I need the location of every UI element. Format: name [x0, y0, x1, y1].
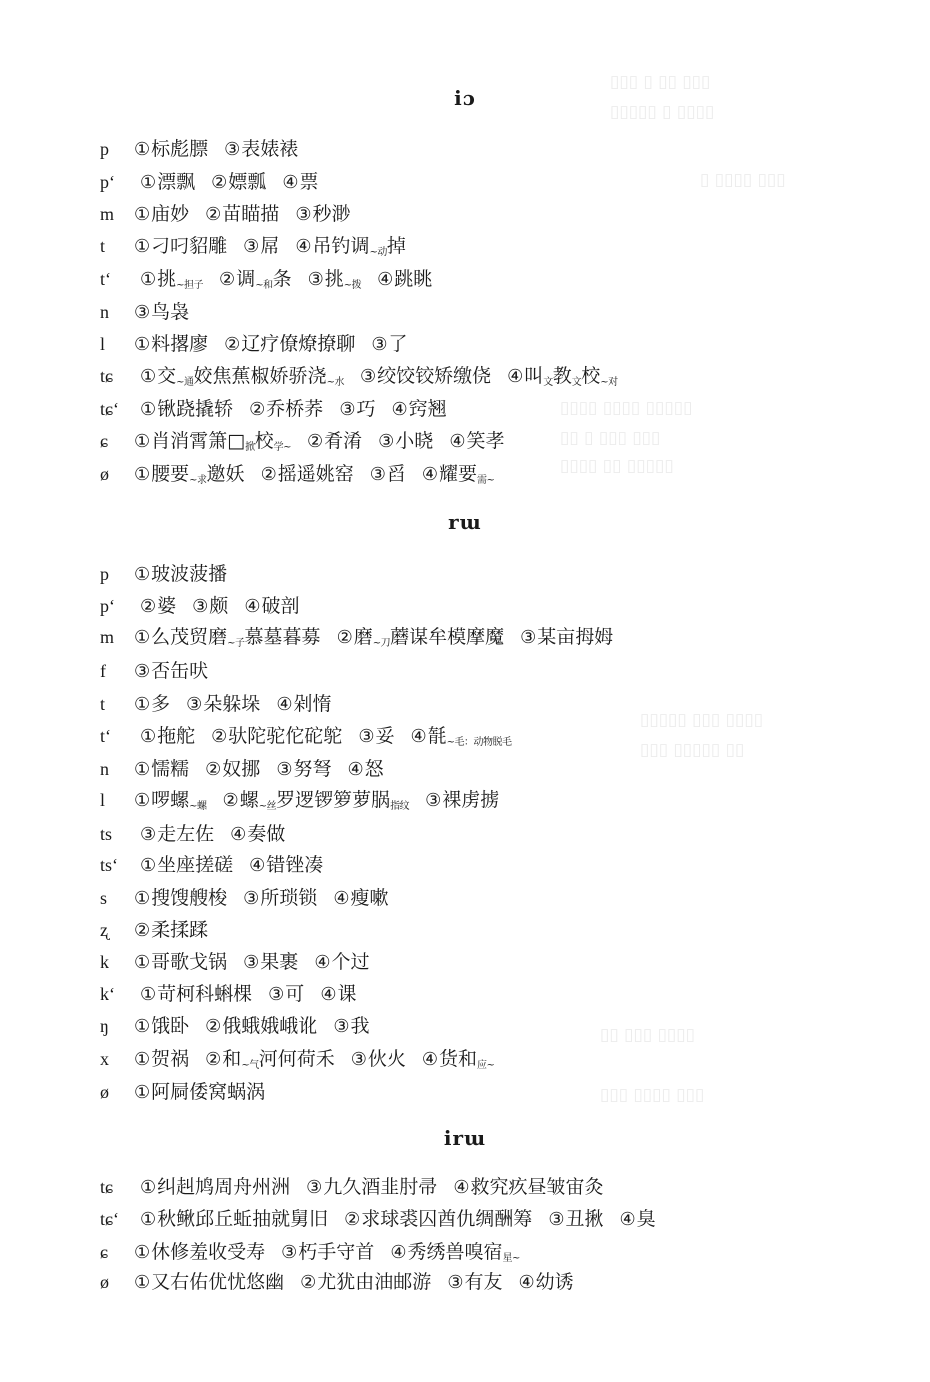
- tone-number: ①: [134, 1242, 150, 1263]
- tone-number: ④: [333, 888, 349, 909]
- tone-group: ②嫖瓢: [211, 168, 266, 197]
- characters: 磨: [354, 626, 373, 648]
- syllable-row: m①么茂贸磨~子慕墓暮募②磨~刀蘑谋牟模摩魔③某亩拇姆: [100, 623, 629, 651]
- tone-number: ③: [520, 627, 536, 648]
- syllable-row: tɕ‘①秋鳅邱丘蚯抽就舅旧②求球裘囚酋仇绸酬筹③丑揪④臭: [100, 1205, 672, 1233]
- tone-group: ③颇: [192, 592, 228, 621]
- tone-group: ①多: [134, 690, 170, 719]
- characters: 舀: [387, 463, 406, 485]
- tone-group: ④救究疚昼皱宙灸: [453, 1173, 603, 1202]
- tone-group: ①料撂廖: [134, 330, 208, 359]
- tone-group: ④错锉凑: [249, 851, 323, 880]
- gloss-annotation: ~拨: [344, 280, 361, 291]
- characters: 课: [337, 983, 356, 1005]
- bleed-through-texture: ▯▯▯▯▯ ▯▯ ▯▯▯▯: [560, 456, 674, 476]
- characters: 慕墓暮募: [245, 626, 321, 648]
- initial-consonant: ø: [100, 1268, 134, 1296]
- tone-group: ②螺~丝罗逻锣箩萝脶指纹: [223, 786, 410, 821]
- syllable-row: ø①腰要~求邀妖②摇遥姚窑③舀④耀要需~: [100, 460, 510, 488]
- characters: 搜馊艘梭: [151, 887, 227, 909]
- tone-number: ③: [358, 726, 374, 747]
- characters: 有友: [464, 1271, 502, 1293]
- tone-group: ④剁惰: [276, 690, 331, 719]
- gloss-annotation: 星~: [502, 1253, 519, 1264]
- characters: 怒: [365, 758, 384, 780]
- initial-consonant: ɕ: [100, 1238, 134, 1266]
- characters: 巧: [356, 398, 375, 420]
- tone-number: ②: [211, 172, 227, 193]
- tone-number: ②: [224, 334, 240, 355]
- gloss-annotation: 文: [543, 377, 553, 388]
- tone-group: ③巧: [339, 395, 375, 424]
- characters: 裸虏掳: [442, 789, 499, 811]
- characters: 拖舵: [157, 725, 195, 747]
- characters: 叫: [524, 365, 543, 387]
- characters: 鸟袅: [151, 301, 189, 323]
- characters: 休修羞收受寿: [151, 1241, 265, 1263]
- bleed-through-texture: ▯▯▯▯ ▯▯▯ ▯▯▯▯▯: [640, 710, 763, 730]
- characters: 九久酒韭肘帚: [323, 1176, 437, 1198]
- tone-group: ③裸虏掳: [425, 786, 499, 815]
- characters: 了: [388, 333, 407, 355]
- characters: 幼诱: [536, 1271, 574, 1293]
- tone-group: ①拖舵: [140, 722, 195, 751]
- tone-group: ①刁叼貂雕: [134, 232, 227, 261]
- syllable-row: n③鸟袅: [100, 298, 205, 326]
- tone-number: ①: [134, 790, 150, 811]
- tone-number: ①: [134, 1082, 150, 1103]
- syllable-row: p‘①漂飘②嫖瓢④票: [100, 168, 334, 196]
- tone-number: ③: [186, 694, 202, 715]
- tone-group: ②和~气河何荷禾: [205, 1045, 335, 1080]
- characters: 果裹: [260, 951, 298, 973]
- gloss-annotation: ~丝: [259, 801, 276, 812]
- tone-group: ③伙火: [351, 1045, 406, 1074]
- tone-number: ②: [223, 790, 239, 811]
- initial-consonant: ø: [100, 460, 134, 488]
- gloss-annotation: ~子: [227, 638, 244, 649]
- tone-group: ①么茂贸磨~子慕墓暮募: [134, 623, 321, 658]
- tone-number: ①: [134, 1049, 150, 1070]
- syllable-row: n①懦糯②奴挪③努弩④怒: [100, 755, 400, 783]
- tone-number: ③: [425, 790, 441, 811]
- initial-consonant: ŋ: [100, 1012, 134, 1040]
- tone-number: ②: [337, 627, 353, 648]
- initial-consonant: l: [100, 786, 134, 814]
- characters: 颇: [209, 595, 228, 617]
- tone-group: ④奏做: [230, 820, 285, 849]
- initial-consonant: p: [100, 135, 134, 163]
- tone-group: ①休修羞收受寿: [134, 1238, 265, 1267]
- tone-group: ③所琐锁: [243, 884, 317, 913]
- tone-group: ③否缶吠: [134, 657, 208, 686]
- characters: 秒渺: [312, 203, 350, 225]
- characters: 苛柯科蝌棵: [157, 983, 252, 1005]
- bleed-through-texture: ▯▯▯▯▯ ▯▯▯▯ ▯▯▯▯: [560, 398, 692, 418]
- tone-group: ①贺祸: [134, 1045, 189, 1074]
- characters: 秀绣兽嗅宿: [407, 1241, 502, 1263]
- syllable-row: m①庙妙②苗瞄描③秒渺: [100, 200, 366, 228]
- tone-group: ①挑~担子: [140, 265, 203, 300]
- tone-number: ④: [619, 1209, 635, 1230]
- characters: 贺祸: [151, 1048, 189, 1070]
- tone-group: ④瘦嗽: [333, 884, 388, 913]
- characters: 教: [553, 365, 572, 387]
- syllable-row: l①啰螺~螺②螺~丝罗逻锣箩萝脶指纹③裸虏掳: [100, 786, 515, 814]
- tone-number: ③: [333, 1016, 349, 1037]
- tone-number: ③: [370, 464, 386, 485]
- tone-number: ②: [249, 399, 265, 420]
- tone-number: ④: [449, 431, 465, 452]
- gloss-annotation: 文: [572, 377, 582, 388]
- gloss-annotation: ~水: [327, 377, 344, 388]
- tone-group: ①庙妙: [134, 200, 189, 229]
- characters: 秋鳅邱丘蚯抽就舅旧: [157, 1208, 328, 1230]
- tone-number: ②: [261, 464, 277, 485]
- gloss-annotation: ~动: [369, 247, 386, 258]
- tone-number: ④: [507, 366, 523, 387]
- syllable-row: ø①阿屙倭窝蜗涡: [100, 1078, 281, 1106]
- syllable-row: k‘①苛柯科蝌棵③可④课: [100, 980, 372, 1008]
- characters: 乔桥荞: [266, 398, 323, 420]
- characters: 某亩拇姆: [537, 626, 613, 648]
- initial-consonant: ʐ: [100, 916, 134, 944]
- tone-group: ③挑~拨: [308, 265, 362, 300]
- initial-consonant: s: [100, 884, 134, 912]
- characters: 柔揉蹂: [151, 919, 208, 941]
- characters: 窍翘: [409, 398, 447, 420]
- characters: 丑揪: [565, 1208, 603, 1230]
- syllable-row: p①玻波菠播: [100, 560, 243, 588]
- tone-group: ①又右佑优忧悠幽: [134, 1268, 284, 1297]
- tone-number: ④: [422, 1049, 438, 1070]
- tone-group: ③努弩: [276, 755, 331, 784]
- tone-number: ②: [134, 920, 150, 941]
- characters: 调: [236, 268, 255, 290]
- tone-number: ①: [140, 1177, 156, 1198]
- characters: 票: [299, 171, 318, 193]
- tone-group: ②调~和条: [219, 265, 292, 300]
- tone-number: ③: [243, 888, 259, 909]
- characters: 朵躲垛: [203, 693, 260, 715]
- characters: 饿卧: [151, 1015, 189, 1037]
- syllable-row: x①贺祸②和~气河何荷禾③伙火④货和应~: [100, 1045, 510, 1073]
- tone-group: ④破剖: [244, 592, 299, 621]
- tone-number: ①: [134, 1272, 150, 1293]
- tone-group: ②俄蛾娥峨讹: [205, 1012, 317, 1041]
- characters: 剁惰: [293, 693, 331, 715]
- tone-number: ①: [140, 855, 156, 876]
- section-heading: irɯ: [0, 1126, 930, 1150]
- initial-consonant: t: [100, 232, 134, 260]
- tone-group: ①坐座搓磋: [140, 851, 233, 880]
- characters: 漂飘: [157, 171, 195, 193]
- gloss-annotation: 掀: [245, 442, 255, 453]
- tone-group: ③小晓: [378, 427, 433, 456]
- tone-number: ④: [391, 399, 407, 420]
- tone-number: ①: [134, 952, 150, 973]
- tone-number: ③: [134, 661, 150, 682]
- characters: 河何荷禾: [259, 1048, 335, 1070]
- tone-group: ④个过: [314, 948, 369, 977]
- tone-group: ①搜馊艘梭: [134, 884, 227, 913]
- tone-number: ④: [249, 855, 265, 876]
- tone-number: ③: [281, 1242, 297, 1263]
- tone-group: ④耀要需~: [422, 460, 495, 495]
- tone-number: ③: [339, 399, 355, 420]
- characters: 表婊裱: [241, 138, 298, 160]
- characters: 玻波菠播: [151, 563, 227, 585]
- tone-number: ①: [134, 627, 150, 648]
- characters: 辽疗僚燎撩聊: [241, 333, 355, 355]
- characters: 绞饺铰矫缴侥: [377, 365, 491, 387]
- tone-number: ①: [140, 984, 156, 1005]
- syllable-row: t①刁叼貂雕③屌④吊钓调~动掉: [100, 232, 422, 260]
- syllable-row: ts③走左佐④奏做: [100, 820, 301, 848]
- characters: 肴淆: [324, 430, 362, 452]
- tone-number: ④: [320, 984, 336, 1005]
- tone-group: ③舀: [370, 460, 406, 489]
- gloss-annotation: ~刀: [373, 638, 390, 649]
- characters: 驮陀驼佗砣鸵: [228, 725, 342, 747]
- initial-consonant: tɕ‘: [100, 1205, 140, 1233]
- characters: 屌: [260, 235, 279, 257]
- syllable-row: tɕ①纠赳鸠周舟州洲③九久酒韭肘帚④救究疚昼皱宙灸: [100, 1173, 619, 1201]
- tone-number: ③: [378, 431, 394, 452]
- tone-number: ③: [351, 1049, 367, 1070]
- tone-number: ④: [295, 236, 311, 257]
- initial-consonant: n: [100, 755, 134, 783]
- tone-group: ②奴挪: [205, 755, 260, 784]
- characters: 邀妖: [207, 463, 245, 485]
- bleed-through-texture: ▯▯▯ ▯▯▯ ▯ ▯▯: [560, 428, 660, 448]
- characters: 努弩: [293, 758, 331, 780]
- tone-number: ①: [134, 464, 150, 485]
- tone-number: ③: [548, 1209, 564, 1230]
- characters: 校: [255, 430, 274, 452]
- initial-consonant: t: [100, 690, 134, 718]
- tone-group: ②驮陀驼佗砣鸵: [211, 722, 342, 751]
- characters: 哥歌戈锅: [151, 951, 227, 973]
- characters: 罗逻锣箩萝脶: [276, 789, 390, 811]
- characters: 婆: [157, 595, 176, 617]
- tone-number: ③: [295, 204, 311, 225]
- characters: 瘦嗽: [350, 887, 388, 909]
- tone-group: ①锹跷撬轿: [140, 395, 233, 424]
- tone-number: ②: [300, 1272, 316, 1293]
- characters: 校: [581, 365, 600, 387]
- syllable-row: t①多③朵躲垛④剁惰: [100, 690, 347, 718]
- gloss-annotation: ~通: [176, 377, 193, 388]
- tone-group: ③秒渺: [295, 200, 350, 229]
- characters: 我: [350, 1015, 369, 1037]
- tone-number: ③: [140, 824, 156, 845]
- tone-group: ②磨~刀蘑谋牟模摩魔: [337, 623, 505, 658]
- tone-number: ③: [268, 984, 284, 1005]
- syllable-row: ʐ②柔揉蹂: [100, 916, 224, 944]
- characters: 苗瞄描: [222, 203, 279, 225]
- tone-number: ②: [205, 1049, 221, 1070]
- tone-group: ①哥歌戈锅: [134, 948, 227, 977]
- tone-group: ③果裹: [243, 948, 298, 977]
- tone-group: ④叫文教文校~对: [507, 362, 618, 397]
- tone-number: ②: [219, 269, 235, 290]
- tone-number: ②: [205, 204, 221, 225]
- tone-number: ④: [422, 464, 438, 485]
- tone-number: ②: [344, 1209, 360, 1230]
- tone-group: ①标彪膘: [134, 135, 208, 164]
- initial-consonant: t‘: [100, 722, 140, 750]
- characters: 肖消霄箫□: [151, 430, 245, 452]
- tone-number: ①: [140, 172, 156, 193]
- bleed-through-texture: ▯▯▯▯ ▯▯▯ ▯▯: [600, 1025, 695, 1045]
- tone-number: ②: [205, 759, 221, 780]
- syllable-row: ɕ①休修羞收受寿③朽手守首④秀绣兽嗅宿星~: [100, 1238, 536, 1266]
- characters: 锹跷撬轿: [157, 398, 233, 420]
- characters: 姣焦蕉椒娇骄浇: [194, 365, 327, 387]
- tone-group: ③绞饺铰矫缴侥: [360, 362, 491, 391]
- initial-consonant: tɕ: [100, 362, 140, 390]
- tone-number: ③: [308, 269, 324, 290]
- tone-group: ④课: [320, 980, 356, 1009]
- characters: 吊钓调: [312, 235, 369, 257]
- syllable-row: s①搜馊艘梭③所琐锁④瘦嗽: [100, 884, 404, 912]
- initial-consonant: k‘: [100, 980, 140, 1008]
- tone-number: ①: [134, 334, 150, 355]
- gloss-annotation: ~毛：动物脱毛: [447, 737, 512, 748]
- characters: 挑: [157, 268, 176, 290]
- characters: 求球裘囚酋仇绸酬筹: [361, 1208, 532, 1230]
- characters: 错锉凑: [266, 854, 323, 876]
- section-heading: iɔ: [0, 86, 930, 110]
- characters: 掉: [387, 235, 406, 257]
- characters: 交: [157, 365, 176, 387]
- characters: 破剖: [261, 595, 299, 617]
- gloss-annotation: 学~: [274, 442, 291, 453]
- tone-group: ③我: [333, 1012, 369, 1041]
- tone-group: ④跳眺: [377, 265, 432, 294]
- tone-group: ③朵躲垛: [186, 690, 260, 719]
- initial-consonant: m: [100, 623, 134, 651]
- initial-consonant: p‘: [100, 592, 140, 620]
- tone-group: ④票: [282, 168, 318, 197]
- tone-group: ①懦糯: [134, 755, 189, 784]
- tone-number: ④: [390, 1242, 406, 1263]
- tone-group: ④窍翘: [391, 395, 446, 424]
- characters: 啰螺: [151, 789, 189, 811]
- syllable-row: t‘①挑~担子②调~和条③挑~拨④跳眺: [100, 265, 448, 293]
- tone-group: ③走左佐: [140, 820, 214, 849]
- tone-number: ③: [243, 236, 259, 257]
- characters: 可: [285, 983, 304, 1005]
- tone-group: ②尤犹由油邮游: [300, 1268, 431, 1297]
- tone-group: ②肴淆: [307, 427, 362, 456]
- characters: 奏做: [247, 823, 285, 845]
- tone-number: ①: [140, 1209, 156, 1230]
- tone-group: ④怒: [347, 755, 383, 784]
- tone-number: ②: [205, 1016, 221, 1037]
- tone-number: ①: [134, 236, 150, 257]
- initial-consonant: ø: [100, 1078, 134, 1106]
- characters: 伙火: [368, 1048, 406, 1070]
- syllable-row: p①标彪膘③表婊裱: [100, 135, 314, 163]
- initial-consonant: p‘: [100, 168, 140, 196]
- characters: 懦糯: [151, 758, 189, 780]
- characters: 多: [151, 693, 170, 715]
- characters: 摇遥姚窑: [278, 463, 354, 485]
- tone-number: ①: [134, 694, 150, 715]
- tone-number: ③: [224, 139, 240, 160]
- characters: 么茂贸磨: [151, 626, 227, 648]
- tone-number: ①: [134, 139, 150, 160]
- initial-consonant: k: [100, 948, 134, 976]
- tone-group: ③有友: [447, 1268, 502, 1297]
- section-heading: rɯ: [0, 510, 930, 534]
- tone-group: ③某亩拇姆: [520, 623, 613, 652]
- bleed-through-texture: ▯▯▯ ▯▯▯▯ ▯: [700, 170, 786, 190]
- characters: 挑: [325, 268, 344, 290]
- characters: 尤犹由油邮游: [317, 1271, 431, 1293]
- tone-group: ①啰螺~螺: [134, 786, 207, 821]
- initial-consonant: l: [100, 330, 134, 358]
- tone-group: ③朽手守首: [281, 1238, 374, 1267]
- tone-group: ①苛柯科蝌棵: [140, 980, 252, 1009]
- characters: 笑孝: [466, 430, 504, 452]
- tone-group: ②婆: [140, 592, 176, 621]
- tone-group: ②柔揉蹂: [134, 916, 208, 945]
- tone-group: ③丑揪: [548, 1205, 603, 1234]
- tone-number: ④: [410, 726, 426, 747]
- tone-group: ③表婊裱: [224, 135, 298, 164]
- characters: 朽手守首: [298, 1241, 374, 1263]
- syllable-row: ɕ①肖消霄箫□掀校学~②肴淆③小晓④笑孝: [100, 427, 520, 455]
- bleed-through-texture: ▯▯▯ ▯▯▯▯ ▯▯▯: [600, 1085, 704, 1105]
- tone-number: ③: [134, 302, 150, 323]
- characters: 腰要: [151, 463, 189, 485]
- characters: 纠赳鸠周舟州洲: [157, 1176, 290, 1198]
- tone-number: ①: [140, 366, 156, 387]
- tone-group: ①阿屙倭窝蜗涡: [134, 1078, 265, 1107]
- tone-number: ④: [276, 694, 292, 715]
- gloss-annotation: ~螺: [189, 801, 206, 812]
- characters: 妥: [375, 725, 394, 747]
- tone-group: ④吊钓调~动掉: [295, 232, 406, 267]
- gloss-annotation: 应~: [477, 1060, 494, 1071]
- characters: 标彪膘: [151, 138, 208, 160]
- tone-number: ④: [518, 1272, 534, 1293]
- characters: 救究疚昼皱宙灸: [470, 1176, 603, 1198]
- tone-group: ①交~通姣焦蕉椒娇骄浇~水: [140, 362, 344, 397]
- tone-group: ③可: [268, 980, 304, 1009]
- tone-number: ③: [360, 366, 376, 387]
- initial-consonant: ts‘: [100, 851, 140, 879]
- characters: 臭: [637, 1208, 656, 1230]
- tone-group: ①漂飘: [140, 168, 195, 197]
- tone-group: ④毻~毛：动物脱毛: [410, 722, 511, 757]
- characters: 又右佑优忧悠幽: [151, 1271, 284, 1293]
- initial-consonant: p: [100, 560, 134, 588]
- tone-group: ①饿卧: [134, 1012, 189, 1041]
- initial-consonant: f: [100, 657, 134, 685]
- characters: 刁叼貂雕: [151, 235, 227, 257]
- gloss-annotation: 需~: [477, 475, 494, 486]
- tone-number: ①: [134, 888, 150, 909]
- tone-group: ①腰要~求邀妖: [134, 460, 245, 495]
- initial-consonant: x: [100, 1045, 134, 1073]
- syllable-row: l①料撂廖②辽疗僚燎撩聊③了: [100, 330, 423, 358]
- tone-number: ②: [140, 596, 156, 617]
- tone-number: ③: [447, 1272, 463, 1293]
